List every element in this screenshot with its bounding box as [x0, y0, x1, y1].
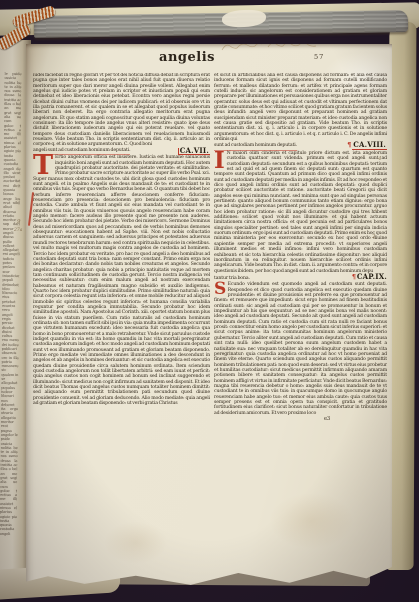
chapter7-rubric-line: angeli sunt ad custodiam hominum deputat…	[33, 148, 210, 156]
paragraph-end-text: tantur tria bona.	[214, 276, 250, 283]
left-text-column: iudei faciebat in regno glorari vt per t…	[33, 73, 210, 504]
body-paragraph: iudei faciebat in regno glorari vt per t…	[33, 73, 210, 148]
chapter8-heading: ¶CA.VIII.	[347, 142, 387, 151]
rubric-text: angeli sunt ad custodiam hominum deputat…	[33, 148, 130, 156]
recto-page: angelis 57 iudei faciebat in regno glora…	[26, 44, 392, 586]
pilcrow-mark: ¶	[347, 141, 351, 149]
margin-note: 4	[378, 156, 382, 162]
photograph-of-incunabulum: { "palette": { "background": "#221726", …	[0, 0, 419, 602]
chapter7-label: CA.VII.	[178, 148, 210, 156]
rubricated-initial-T: T	[33, 155, 53, 176]
body-paragraph-with-initial: SEcundo videndum est quomodo angeli ad c…	[214, 282, 387, 416]
rubricated-initial-I: I	[214, 151, 225, 171]
facing-page-text-fragment: le pside ossicia nolitia be te in aliis …	[0, 72, 22, 558]
body-paragraph: N maiori olim cinderia et capitulo prior…	[214, 151, 387, 274]
body-paragraph: Ecundo videndum est quomodo angeli ad cu…	[214, 282, 387, 415]
pilcrow-mark: ¶	[352, 273, 356, 281]
body-paragraph: Ertio angelorum officia est insistere. I…	[33, 155, 210, 406]
chapter8-label: CA.VIII.	[352, 140, 387, 150]
chapter9-rubric-line: tantur tria bona. ¶CAP.IX.	[214, 274, 387, 283]
chapter9-heading: ¶CAP.IX.	[352, 274, 387, 283]
rubric-text: sunt ad custodiam hominum deputati.	[214, 143, 297, 151]
rubricated-initial-S: S	[214, 282, 226, 296]
body-paragraph-with-initial: TErtio angelorum officia est insistere. …	[33, 155, 210, 406]
chapter9-label: CAP.IX.	[357, 272, 387, 281]
chapter8-rubric-line: sunt ad custodiam hominum deputati. ¶CA.…	[214, 142, 387, 151]
book-top-textblock-edge	[34, 10, 408, 38]
margin-note: 27a	[14, 228, 22, 233]
margin-note: 9	[17, 219, 21, 225]
body-paragraph: et sicut in artificialibus alia est caus…	[214, 73, 387, 142]
handwritten-inscription	[216, 36, 346, 58]
margin-note: 2	[374, 207, 378, 213]
body-paragraph-with-initial: IN maiori olim cinderia et capitulo prio…	[214, 151, 387, 274]
margin-note: 2	[372, 234, 376, 240]
signature-mark: e3	[214, 416, 387, 423]
right-text-column: et sicut in artificialibus alia est caus…	[214, 73, 387, 504]
